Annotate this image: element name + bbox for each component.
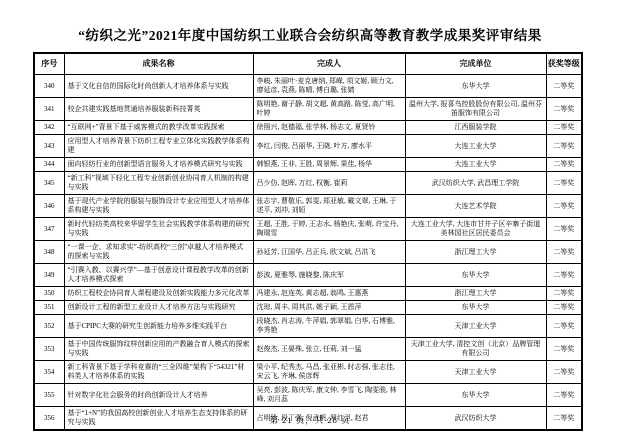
table-row: 347新时代轻纺类高校来华留学生社会实践教学体系构建的研究与实践王超, 王胜, … <box>34 218 582 241</box>
row-number: 353 <box>34 338 64 361</box>
award-level: 二等奖 <box>546 121 582 135</box>
completing-unit: 天津工业大学 <box>405 315 546 338</box>
table-row: 342“互联网+”背景下基于威客模式的教学改革实践探索徐照兴, 赵德福, 张学林… <box>34 121 582 135</box>
award-level: 二等奖 <box>546 264 582 287</box>
row-number: 355 <box>34 384 64 407</box>
table-row: 353基于中国传统服饰纹样创新应用的产教融合育人模式的探索与实践赵俊杰, 王晏殊… <box>34 338 582 361</box>
table-row: 355针对数字化社会服务的时尚创新设计人才培养吴亮, 彭波, 陈庆军, 康文钟,… <box>34 384 582 407</box>
award-level: 二等奖 <box>546 98 582 121</box>
award-level: 二等奖 <box>546 195 582 218</box>
achievement-name: 应用型人才培养背景下纺织工程专业立体化实践教学体系构建 <box>64 135 253 158</box>
completers: 孙延芳, 江国华, 吕正兵, 欧文斌, 吕洪飞 <box>253 241 405 264</box>
table-row: 341校企共建实践基地贯通培养服装新科技菁英陈明艳, 谢子静, 胡文超, 黄高路… <box>34 98 582 121</box>
table-row: 346基于现代产业学院的服装与服饰设计专业应用型人才培养体系构建与实践张志宇, … <box>34 195 582 218</box>
completing-unit: 大连工业大学 <box>405 135 546 158</box>
table-row: 354新工科背景下基于学科竞赛的“三全四维”架构下“54321”材料类人才培养体… <box>34 361 582 384</box>
header-completers: 完成人 <box>253 53 405 75</box>
row-number: 350 <box>34 287 64 301</box>
row-number: 341 <box>34 98 64 121</box>
completers: 吕少仿, 赵晖, 万红, 权衡, 崔莉 <box>253 172 405 195</box>
completing-unit: 温州大学, 报喜鸟控股股份有限公司, 温州芬笛服饰有限公司 <box>405 98 546 121</box>
achievement-name: 创新设计工程的新型工业设计人才培养方法与实践研究 <box>64 301 253 315</box>
table-row: 352基于CPIPC大赛的研究生创新能力培养多维实践平台段晓杰, 肖志涛, 牛萍… <box>34 315 582 338</box>
row-number: 349 <box>34 264 64 287</box>
row-number: 352 <box>34 315 64 338</box>
results-table: 序号 成果名称 完成人 完成单位 获奖等级 340基于文化自信的国际化时尚创新人… <box>33 52 583 431</box>
page-title: “纺织之光”2021年度中国纺织工业联合会纺织高等教育教学成果奖评审结果 <box>0 24 620 44</box>
award-level: 二等奖 <box>546 301 582 315</box>
achievement-name: “新工科”视域下轻化工程专业创新创业协同育人机制的构建与实践 <box>64 172 253 195</box>
row-number: 345 <box>34 172 64 195</box>
award-level: 二等奖 <box>546 287 582 301</box>
row-number: 344 <box>34 158 64 172</box>
page-number: 第 21 页，共 28 页 <box>0 414 620 426</box>
achievement-name: 纺织工程校企协同育人课程建设及创新实践能力多元化改革 <box>64 287 253 301</box>
completing-unit: 大连艺术学院 <box>405 195 546 218</box>
achievement-name: “一课一企、求知求实”-纺织高校“三创”卓越人才培养模式的探索与实践 <box>64 241 253 264</box>
completing-unit: 东华大学 <box>405 301 546 315</box>
completers: 沈琼, 周丰, 周其洪, 姚子颖, 王恩萍 <box>253 301 405 315</box>
achievement-name: 基于现代产业学院的服装与服饰设计专业应用型人才培养体系构建与实践 <box>64 195 253 218</box>
achievement-name: 基于文化自信的国际化时尚创新人才培养体系与实践 <box>64 75 253 98</box>
table-row: 344面向轻纺行业的创新型语言服务人才培养模式研究与实践韩银燕, 王非, 王胜,… <box>34 158 582 172</box>
table-row: 351创新设计工程的新型工业设计人才培养方法与实践研究沈琼, 周丰, 周其洪, … <box>34 301 582 315</box>
completers: 王超, 王胜, 于婷, 王志水, 杨艳庆, 张萌, 许宝丹, 陶瑞雪 <box>253 218 405 241</box>
completers: 徐照兴, 赵德福, 张学林, 杨志文, 夏贤铃 <box>253 121 405 135</box>
row-number: 342 <box>34 121 64 135</box>
completers: 韩银燕, 王非, 王胜, 周景辉, 果佳, 杨华 <box>253 158 405 172</box>
completing-unit: 天津工业大学, 清控文创（北京）品牌管理有限公司 <box>405 338 546 361</box>
header-achievement-name: 成果名称 <box>64 53 253 75</box>
header-award-level: 获奖等级 <box>546 53 582 75</box>
achievement-name: “引赛入教、以赛兴学”—基于创意设计课程教学改革的创新人才培养模式探索 <box>64 264 253 287</box>
completing-unit: 大连工业大学, 大连市甘井子区辛寨子街道美林园社区居民委员会 <box>405 218 546 241</box>
award-level: 二等奖 <box>546 135 582 158</box>
table-row: 348“一课一企、求知求实”-纺织高校“三创”卓越人才培养模式的探索与实践孙延芳… <box>34 241 582 264</box>
table-row: 349“引赛入教、以赛兴学”—基于创意设计课程教学改革的创新人才培养模式探索彭波… <box>34 264 582 287</box>
table-row: 340基于文化自信的国际化时尚创新人才培养体系与实践李峻, 朱丽叶·麦克唐纳, … <box>34 75 582 98</box>
achievement-name: 面向轻纺行业的创新型语言服务人才培养模式研究与实践 <box>64 158 253 172</box>
achievement-name: 新时代轻纺类高校来华留学生社会实践教学体系构建的研究与实践 <box>64 218 253 241</box>
completers: 段晓杰, 肖志涛, 牛萍娟, 郭翠娟, 白华, 石博雅, 李秀艳 <box>253 315 405 338</box>
table-row: 343应用型人才培养背景下纺织工程专业立体化实践教学体系构建李红, 闫俊, 吕丽… <box>34 135 582 158</box>
completers: 赵俊杰, 王晏殊, 张立, 任莉, 刘一猛 <box>253 338 405 361</box>
completing-unit: 天津工业大学 <box>405 361 546 384</box>
completing-unit: 东华大学 <box>405 384 546 407</box>
award-level: 二等奖 <box>546 158 582 172</box>
table-row: 345“新工科”视域下轻化工程专业创新创业协同育人机制的构建与实践吕少仿, 赵晖… <box>34 172 582 195</box>
award-level: 二等奖 <box>546 338 582 361</box>
row-number: 351 <box>34 301 64 315</box>
award-level: 二等奖 <box>546 361 582 384</box>
award-level: 二等奖 <box>546 218 582 241</box>
completers: 吴亮, 彭波, 陈庆军, 康文钟, 李雪飞, 陶雯骏, 林峰, 刘月蕊 <box>253 384 405 407</box>
results-table-body: 340基于文化自信的国际化时尚创新人才培养体系与实践李峻, 朱丽叶·麦克唐纳, … <box>34 75 582 431</box>
row-number: 354 <box>34 361 64 384</box>
award-level: 二等奖 <box>546 75 582 98</box>
completers: 张志宇, 曹敬乐, 郭雯, 郑亚敏, 戴文翠, 王琳, 于述平, 刘冲, 刘姮 <box>253 195 405 218</box>
completing-unit: 东华大学 <box>405 264 546 287</box>
achievement-name: 校企共建实践基地贯通培养服装新科技菁英 <box>64 98 253 121</box>
achievement-name: 针对数字化社会服务的时尚创新设计人才培养 <box>64 384 253 407</box>
completing-unit: 江西服装学院 <box>405 121 546 135</box>
document-page: “纺织之光”2021年度中国纺织工业联合会纺织高等教育教学成果奖评审结果 序号 … <box>0 0 620 438</box>
completers: 彭波, 夏雅琴, 施晓黎, 陈庆军 <box>253 264 405 287</box>
completing-unit: 东华大学 <box>405 75 546 98</box>
award-level: 二等奖 <box>546 384 582 407</box>
header-completing-unit: 完成单位 <box>405 53 546 75</box>
completers: 李红, 闫俊, 吕丽华, 王晓, 叶方, 廖水平 <box>253 135 405 158</box>
achievement-name: 基于中国传统服饰纹样创新应用的产教融合育人模式的探索与实践 <box>64 338 253 361</box>
completing-unit: 浙江理工大学 <box>405 287 546 301</box>
completing-unit: 浙江理工大学 <box>405 241 546 264</box>
award-level: 二等奖 <box>546 172 582 195</box>
completing-unit: 武汉纺织大学, 武昌理工学院 <box>405 172 546 195</box>
completers: 陈明艳, 谢子静, 胡文超, 黄高路, 陈莹, 高广明, 叶婷 <box>253 98 405 121</box>
achievement-name: 基于CPIPC大赛的研究生创新能力培养多维实践平台 <box>64 315 253 338</box>
results-table-header: 序号 成果名称 完成人 完成单位 获奖等级 <box>34 53 582 75</box>
row-number: 343 <box>34 135 64 158</box>
completers: 李峻, 朱丽叶·麦克唐纳, 郑嵘, 项文姬, 顾力文, 廖延彦, 袁燕, 陈晴,… <box>253 75 405 98</box>
completers: 冯建永, 赵连英, 黄志超, 翁鸣, 王惠燕 <box>253 287 405 301</box>
row-number: 346 <box>34 195 64 218</box>
row-number: 348 <box>34 241 64 264</box>
completers: 梁小平, 纪秀杰, 马昌, 张亚彬, 时志强, 张志佳, 宋云飞, 齐琳, 侯彦… <box>253 361 405 384</box>
row-number: 340 <box>34 75 64 98</box>
row-number: 347 <box>34 218 64 241</box>
achievement-name: “互联网+”背景下基于威客模式的教学改革实践探索 <box>64 121 253 135</box>
completing-unit: 大连工业大学 <box>405 158 546 172</box>
table-row: 350纺织工程校企协同育人课程建设及创新实践能力多元化改革冯建永, 赵连英, 黄… <box>34 287 582 301</box>
award-level: 二等奖 <box>546 315 582 338</box>
header-row: 序号 成果名称 完成人 完成单位 获奖等级 <box>34 53 582 75</box>
header-no: 序号 <box>34 53 64 75</box>
award-level: 二等奖 <box>546 241 582 264</box>
achievement-name: 新工科背景下基于学科竞赛的“三全四维”架构下“54321”材料类人才培养体系的实… <box>64 361 253 384</box>
